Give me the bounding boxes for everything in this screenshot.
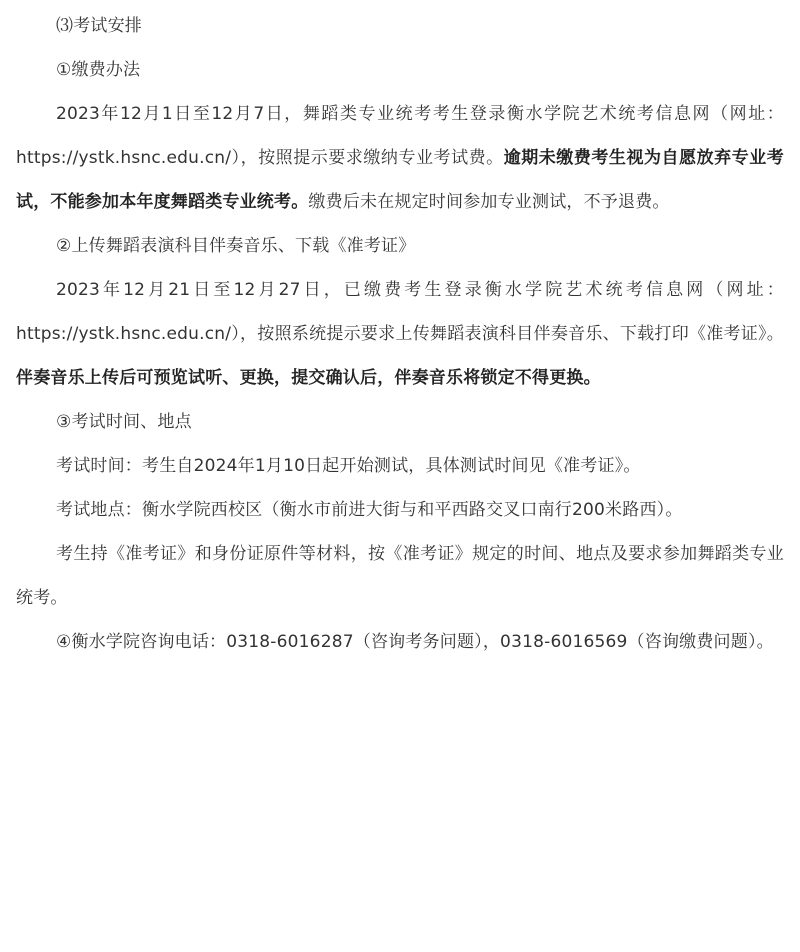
upload-warning: 伴奏音乐上传后可预览试听、更换，提交确认后，伴奏音乐将锁定不得更换。: [16, 368, 601, 388]
upload-text-1: 2023年12月21日至12月27日，已缴费考生登录衡水学院艺术统考信息网（网址…: [16, 280, 784, 344]
payment-text-2: 缴费后未在规定时间参加专业测试，不予退费。: [308, 192, 669, 212]
exam-location: 考试地点：衡水学院西校区（衡水市前进大街与和平西路交叉口南行200米路西）。: [16, 488, 784, 532]
section-title: ⑶考试安排: [16, 4, 784, 48]
exam-materials: 考生持《准考证》和身份证原件等材料，按《准考证》规定的时间、地点及要求参加舞蹈类…: [16, 532, 784, 620]
payment-paragraph: 2023年12月1日至12月7日，舞蹈类专业统考考生登录衡水学院艺术统考信息网（…: [16, 92, 784, 224]
contact-info: ④衡水学院咨询电话：0318-6016287（咨询考务问题），0318-6016…: [16, 620, 784, 664]
upload-paragraph: 2023年12月21日至12月27日，已缴费考生登录衡水学院艺术统考信息网（网址…: [16, 268, 784, 400]
payment-heading: ①缴费办法: [16, 48, 784, 92]
exam-heading: ③考试时间、地点: [16, 400, 784, 444]
exam-time: 考试时间：考生自2024年1月10日起开始测试，具体测试时间见《准考证》。: [16, 444, 784, 488]
upload-heading: ②上传舞蹈表演科目伴奏音乐、下载《准考证》: [16, 224, 784, 268]
document-body: ⑶考试安排 ①缴费办法 2023年12月1日至12月7日，舞蹈类专业统考考生登录…: [0, 0, 800, 664]
